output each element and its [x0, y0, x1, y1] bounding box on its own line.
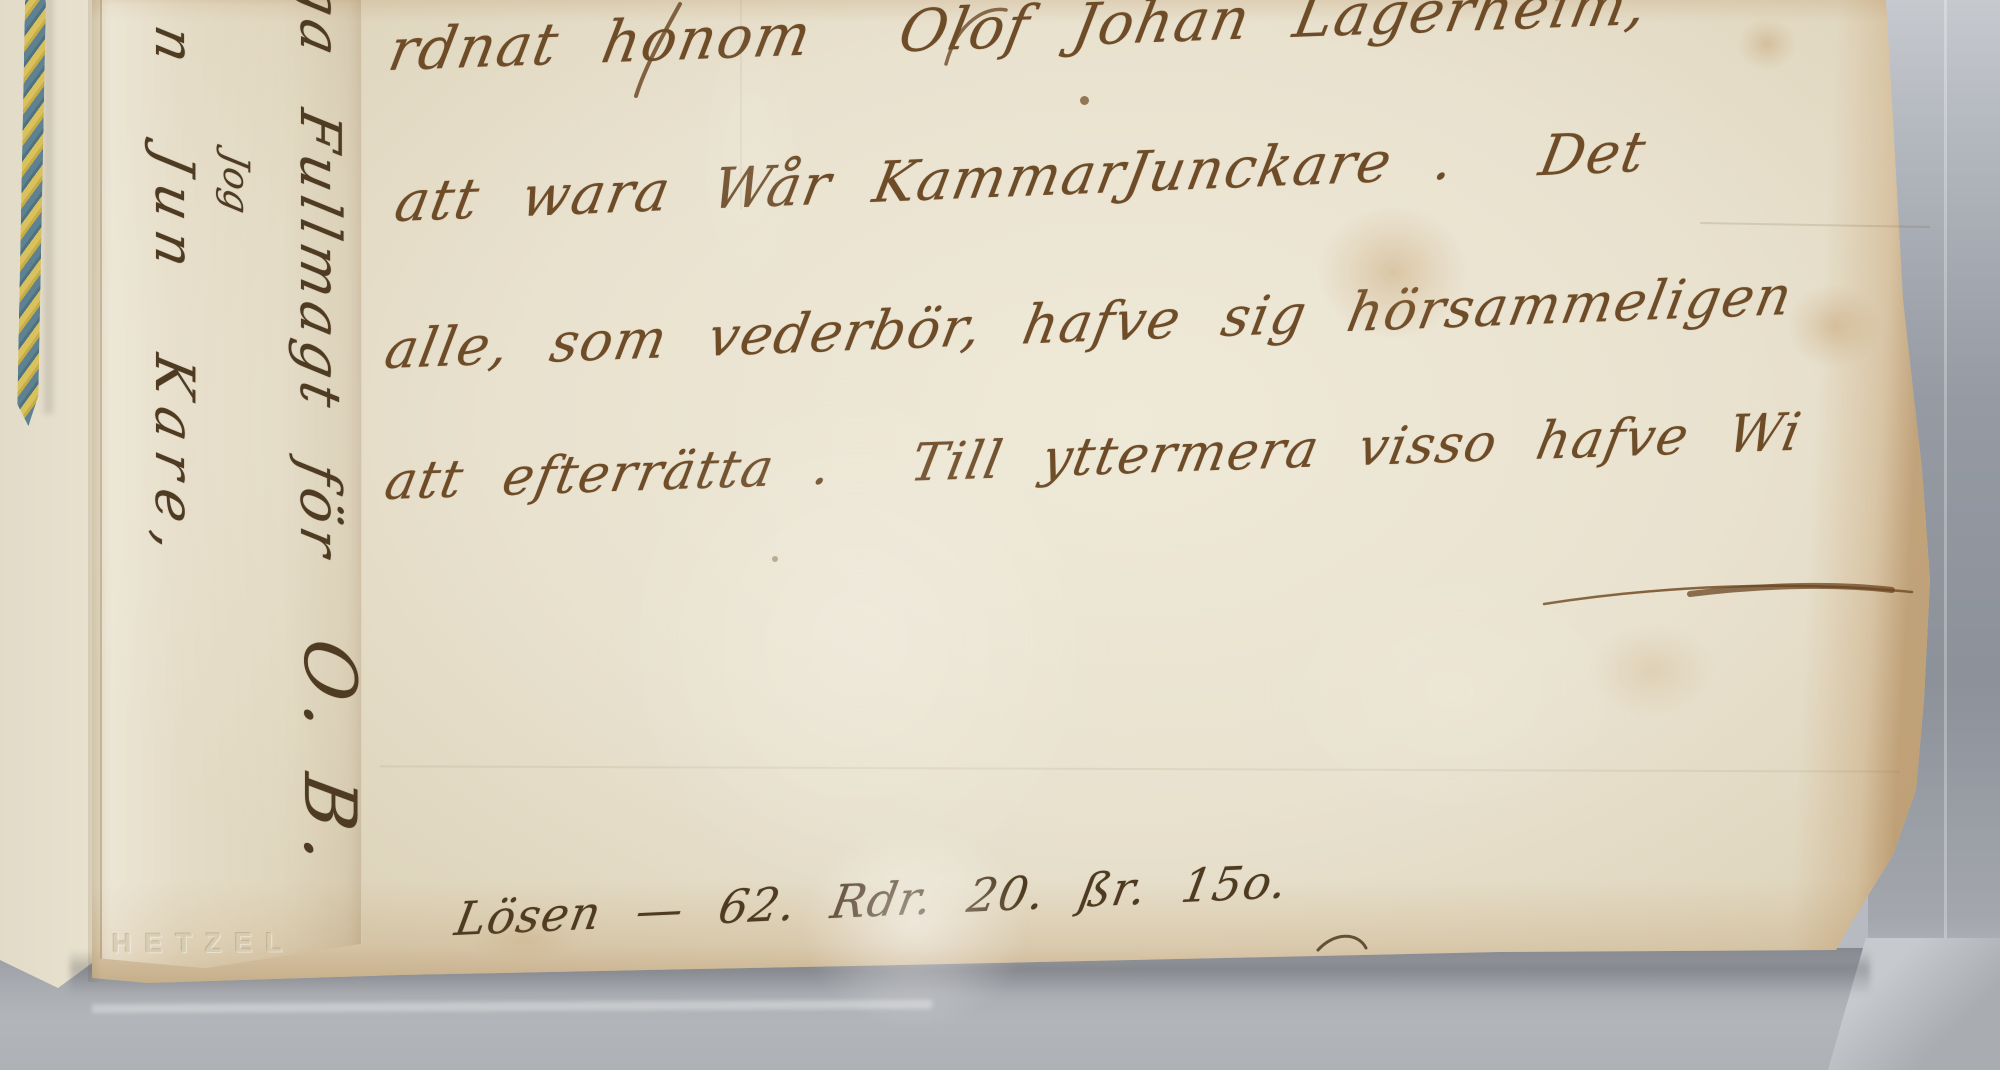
docket-line-1-initials: O. B. [288, 633, 372, 882]
foxing-stain [1788, 284, 1880, 368]
seal-cord-shadow [44, 0, 53, 414]
foxing-stain [1318, 206, 1468, 338]
photograph-of-manuscript: rdnat honom Olof Johan Lagerheim, att wa… [0, 0, 2000, 1070]
ink-speck [1080, 96, 1089, 105]
ink-speck [772, 556, 778, 562]
plastic-sleeve-right-edge [1944, 0, 1947, 950]
foxing-stain [1588, 622, 1716, 718]
docket-line-1: ga Fullmagt för [287, 0, 352, 568]
foxing-stain [1738, 18, 1796, 70]
blind-embossed-stamp: HETZEL [112, 927, 295, 959]
fold-crease-left [88, 0, 102, 982]
fee-line-curl [1316, 928, 1372, 958]
docket-line-2: Jog [215, 149, 256, 217]
docket-line-3: n Jun Kare, [143, 21, 206, 570]
foxing-stain [470, 918, 580, 960]
ink-flourish-rule [1540, 578, 1932, 612]
